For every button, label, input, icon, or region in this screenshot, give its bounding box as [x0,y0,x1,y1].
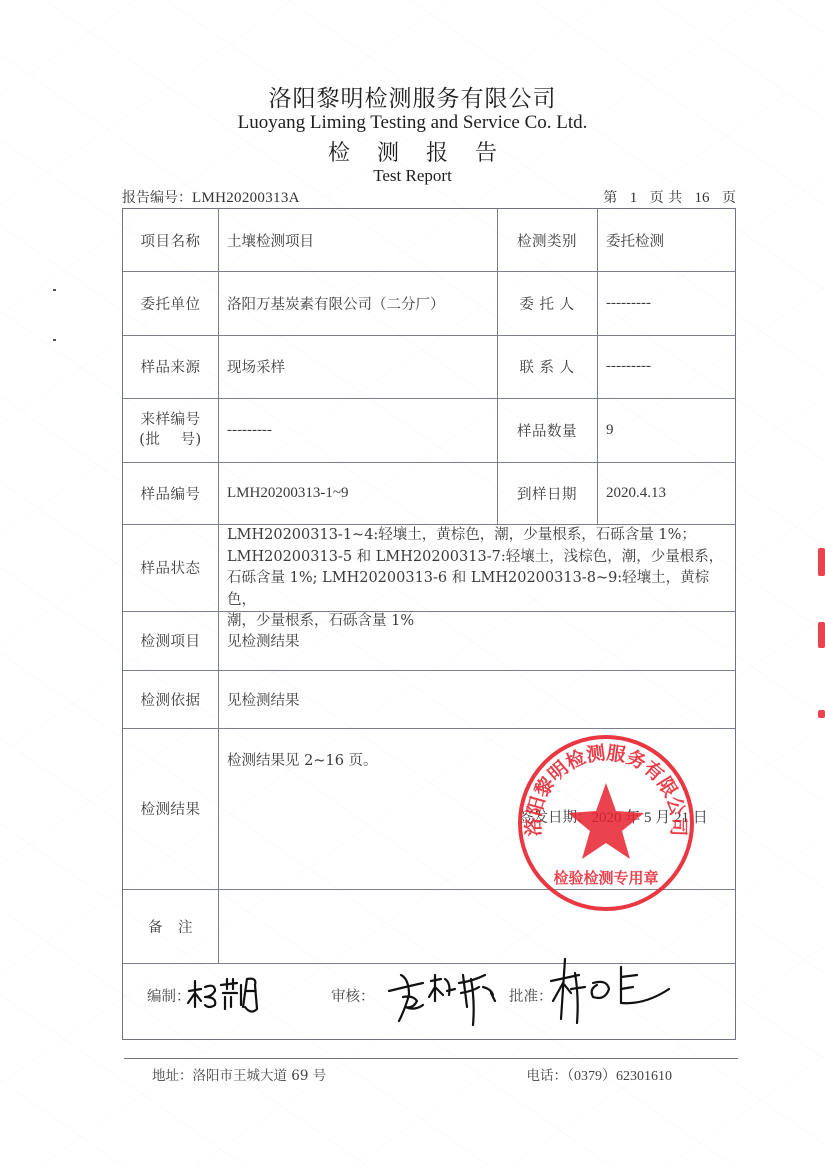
label-incoming-no-line1: 来样编号 [141,410,201,430]
margin-dot [53,289,56,291]
label-incoming-no: 来样编号 (批 号) [123,398,218,462]
seam-seal-mark [818,710,825,718]
label-test-result: 检测结果 [123,728,218,889]
value-sample-source: 现场采样 [218,335,497,398]
label-sample-qty: 样品数量 [497,398,597,462]
value-remarks [218,889,737,963]
phone-value: （0379）62301610 [567,1069,672,1084]
value-contact-person: --------- [597,335,737,398]
label-client-person: 委 托 人 [497,271,597,335]
footer: 地址：洛阳市王城大道 69 号 电话：（0379）62301610 [152,1064,672,1085]
label-test-basis: 检测依据 [123,670,218,728]
company-name-cn: 洛阳黎明检测服务有限公司 [0,80,825,113]
value-sample-qty: 9 [597,398,737,462]
value-client-unit: 洛阳万基炭素有限公司（二分厂） [218,271,497,335]
label-arrival-date: 到样日期 [497,462,597,524]
label-sample-status: 样品状态 [123,524,218,611]
issue-date-label: 签发日期： [519,806,592,827]
value-incoming-no: --------- [218,398,497,462]
issue-date: 签发日期：2020 年 5 月 21 日 [519,806,708,826]
value-project-name: 土壤检测项目 [218,209,497,271]
footer-divider [124,1058,738,1059]
footer-address: 地址：洛阳市王城大道 69 号 [152,1064,326,1085]
address-label: 地址： [152,1068,193,1084]
page-suffix: 页 [722,190,736,206]
status-line: 石砾含量 1%; LMH20200313-6 和 LMH20200313-8~9… [227,568,731,611]
prepared-label: 编制： [147,983,191,1007]
page-current: 1 [630,190,638,206]
reviewed-label: 审核： [331,983,375,1007]
report-number-value: LMH20200313A [192,190,300,206]
label-sample-no: 样品编号 [123,462,218,524]
company-name-en: Luoyang Liming Testing and Service Co. L… [0,112,825,134]
approved-signature [545,953,675,1027]
value-sample-no: LMH20200313-1~9 [218,462,497,524]
seam-seal-mark [818,548,825,576]
page-total: 16 [695,190,710,206]
label-project-name: 项目名称 [123,209,218,271]
margin-dot [53,339,56,341]
label-remarks: 备 注 [123,889,218,963]
label-incoming-no-line2: (批 号) [139,430,201,450]
status-line: LMH20200313-5 和 LMH20200313-7:轻壤土，浅棕色，潮，… [227,547,731,569]
phone-label: 电话： [527,1068,568,1084]
prepared-signature [185,971,265,1015]
value-sample-status: LMH20200313-1~4:轻壤土，黄棕色，潮，少量根系，石砾含量 1%； … [218,524,737,611]
label-test-type: 检测类别 [497,209,597,271]
status-line: LMH20200313-1~4:轻壤土，黄棕色，潮，少量根系，石砾含量 1%； [227,525,731,547]
value-test-result: 检测结果见 2~16 页。 [227,749,378,769]
report-title-en: Test Report [0,166,825,186]
label-client-unit: 委托单位 [123,271,218,335]
report-number: 报告编号：LMH20200313A [122,187,300,207]
page-indicator: 第 1 页 共 16 页 [603,187,736,207]
report-table: 项目名称 土壤检测项目 检测类别 委托检测 委托单位 洛阳万基炭素有限公司（二分… [122,208,736,1040]
reviewed-signature [383,961,507,1031]
value-test-basis: 见检测结果 [218,670,737,728]
page-prefix: 第 [603,190,617,206]
page-mid: 页 共 [650,190,682,206]
value-test-items: 见检测结果 [218,611,737,670]
issue-date-value: 2020 年 5 月 21 日 [592,806,708,827]
label-contact-person: 联 系 人 [497,335,597,398]
value-client-person: --------- [597,271,737,335]
address-value: 洛阳市王城大道 69 号 [193,1068,327,1084]
label-test-items: 检测项目 [123,611,218,670]
value-test-type: 委托检测 [597,209,737,271]
report-number-label: 报告编号： [122,190,192,206]
report-meta: 报告编号：LMH20200313A 第 1 页 共 16 页 [122,187,736,207]
footer-phone: 电话：（0379）62301610 [527,1064,673,1085]
value-arrival-date: 2020.4.13 [597,462,737,524]
label-sample-source: 样品来源 [123,335,218,398]
seam-seal-mark [818,622,825,648]
report-title-cn: 检 测 报 告 [0,136,825,167]
